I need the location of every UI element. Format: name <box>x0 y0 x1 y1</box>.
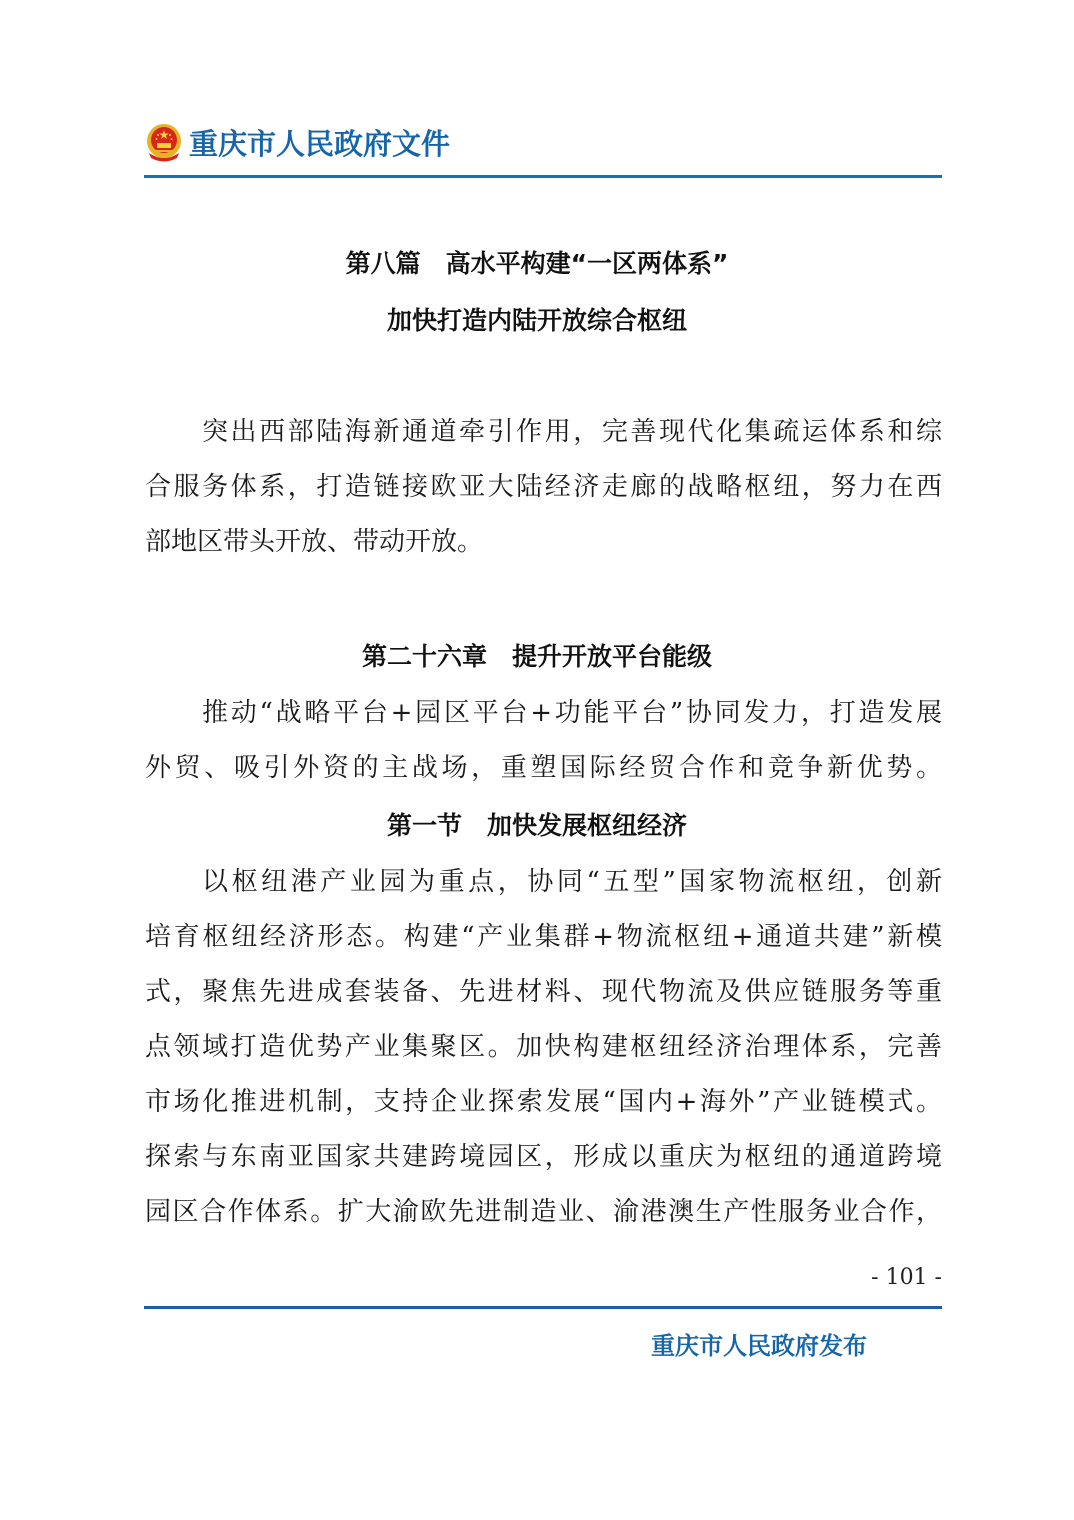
paragraph-line: 突出西部陆海新通道牵引作用，完善现代化集疏运体系和综 <box>145 405 942 460</box>
paragraph-line: 培育枢纽经济形态。构建“产业集群+物流枢纽+通道共建”新模 <box>145 910 942 965</box>
document-header: 重庆市人民政府文件 <box>145 122 450 163</box>
paragraph-line: 园区合作体系。扩大渝欧先进制造业、渝港澳生产性服务业合作， <box>145 1185 942 1240</box>
section-title: 第一节 加快发展枢纽经济 <box>0 806 1074 842</box>
paragraph-line: 市场化推进机制，支持企业探索发展“国内+海外”产业链模式。 <box>145 1075 942 1130</box>
footer-divider <box>144 1306 942 1309</box>
paragraph-line: 外贸、吸引外资的主战场，重塑国际经贸合作和竞争新优势。 <box>145 741 942 796</box>
page-number: - 101 - <box>871 1265 942 1290</box>
section-paragraph: 以枢纽港产业园为重点，协同“五型”国家物流枢纽，创新 培育枢纽经济形态。构建“产… <box>145 855 942 1240</box>
paragraph-line: 式，聚焦先进成套装备、先进材料、现代物流及供应链服务等重 <box>145 965 942 1020</box>
intro-paragraph: 突出西部陆海新通道牵引作用，完善现代化集疏运体系和综 合服务体系，打造链接欧亚大… <box>145 405 942 570</box>
chapter-title: 第二十六章 提升开放平台能级 <box>0 637 1074 673</box>
paragraph-line: 以枢纽港产业园为重点，协同“五型”国家物流枢纽，创新 <box>145 855 942 910</box>
paragraph-line: 部地区带头开放、带动开放。 <box>145 515 942 570</box>
paragraph-line: 合服务体系，打造链接欧亚大陆经济走廊的战略枢纽，努力在西 <box>145 460 942 515</box>
paragraph-line: 点领域打造优势产业集聚区。加快构建枢纽经济治理体系，完善 <box>145 1020 942 1075</box>
paragraph-line: 推动“战略平台+园区平台+功能平台”协同发力，打造发展 <box>145 686 942 741</box>
national-emblem-icon <box>145 123 183 163</box>
part-subtitle: 加快打造内陆开放综合枢纽 <box>0 301 1074 337</box>
part-title: 第八篇 高水平构建“一区两体系” <box>0 244 1074 280</box>
footer-publisher: 重庆市人民政府发布 <box>651 1326 867 1361</box>
header-divider <box>144 175 942 178</box>
header-title: 重庆市人民政府文件 <box>189 122 450 163</box>
paragraph-line: 探索与东南亚国家共建跨境园区，形成以重庆为枢纽的通道跨境 <box>145 1130 942 1185</box>
chapter-paragraph: 推动“战略平台+园区平台+功能平台”协同发力，打造发展 外贸、吸引外资的主战场，… <box>145 686 942 796</box>
